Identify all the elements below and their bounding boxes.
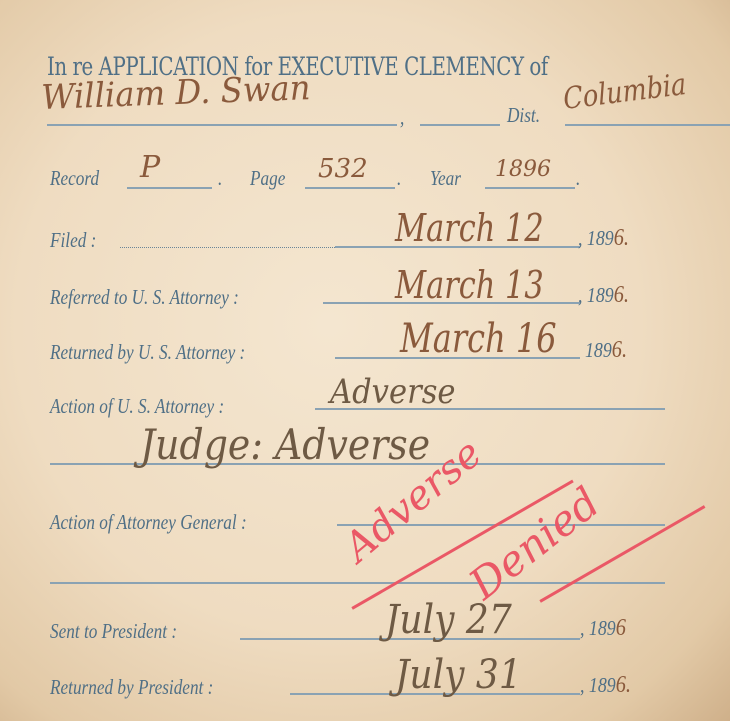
record-line [127, 187, 212, 189]
returned-us-attorney-year-digit: 6. [612, 337, 627, 363]
applicant-name: William D. Swan [41, 68, 311, 118]
referred-label: Referred to U. S. Attorney : [50, 285, 239, 310]
returned-president-year-digit: 6. [616, 672, 631, 698]
page-period: . [397, 166, 401, 191]
returned-us-attorney-label: Returned by U. S. Attorney : [50, 340, 245, 365]
year-period: . [576, 166, 580, 191]
returned-us-attorney-date: March 16 [400, 316, 557, 362]
filed-year-digit: 6. [614, 225, 629, 251]
record-period: . [218, 166, 222, 191]
action-us-attorney-label: Action of U. S. Attorney : [50, 394, 224, 419]
returned-president-date: July 31 [395, 652, 522, 698]
action-attorney-general-label: Action of Attorney General : [50, 510, 247, 535]
year-label: Year [430, 166, 461, 191]
page-label: Page [250, 166, 285, 191]
referred-year-prefix: , 189 [578, 283, 614, 307]
president-denied-annotation: Denied [460, 478, 609, 609]
returned-president-year: , 1896. [580, 672, 631, 699]
returned-us-attorney-year-prefix: 189 [585, 338, 612, 362]
name-line [47, 124, 397, 126]
record-label: Record [50, 166, 99, 191]
name-comma: , [400, 105, 404, 130]
judge-action-value: Judge: Adverse [140, 420, 430, 469]
referred-year: , 1896. [578, 282, 629, 309]
referred-year-digit: 6. [614, 282, 629, 308]
year-line [485, 187, 575, 189]
returned-us-attorney-year: 1896. [585, 337, 627, 364]
filed-date: March 12 [395, 206, 544, 250]
action-us-attorney-value: Adverse [330, 372, 456, 412]
year-value: 1896 [495, 157, 551, 182]
sent-president-year: , 1896 [580, 615, 626, 642]
returned-president-year-prefix: , 189 [580, 673, 616, 697]
filed-year-prefix: , 189 [578, 226, 614, 250]
district-value: Columbia [562, 67, 688, 117]
sent-president-label: Sent to President : [50, 619, 177, 644]
referred-date: March 13 [395, 263, 544, 307]
sent-president-date: July 27 [385, 597, 512, 643]
dist-label: Dist. [507, 103, 540, 128]
district-line [565, 124, 730, 126]
page-value: 532 [318, 154, 368, 184]
sent-president-year-digit: 6 [616, 615, 626, 641]
filed-year: , 1896. [578, 225, 629, 252]
record-value: P [140, 150, 160, 185]
filed-label: Filed : [50, 228, 96, 253]
filed-dotted-line [120, 247, 335, 248]
blank-line [420, 124, 500, 126]
page-line [305, 187, 395, 189]
returned-president-label: Returned by President : [50, 675, 213, 700]
sent-president-year-prefix: , 189 [580, 616, 616, 640]
